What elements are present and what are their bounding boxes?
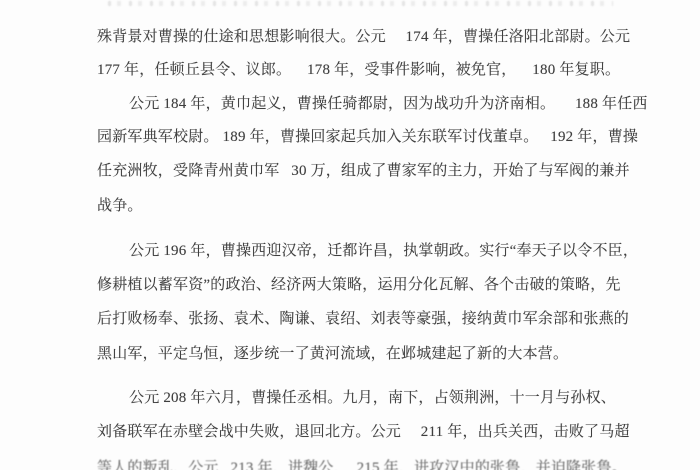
text-line: 公元 184 年，黄巾起义，曹操任骑都尉，因为战功升为济南相。 188 年任西 [129,94,622,114]
text-line: 公元 196 年，曹操西迎汉帝，迁都许昌，执掌朝政。实行“奉天子以令不臣， [129,241,622,261]
text-line: 公元 208 年六月，曹操任丞相。九月，南下，占领荆洲，十一月与孙权、 [129,388,622,408]
cropped-text-line-top [108,1,613,6]
text-line: 任充洲牧，受降青州黄巾军 30 万，组成了曹家军的主力，开始了与军阀的兼并 [97,161,622,181]
text-line: 修耕植以蓄军资”的政治、经济两大策略，运用分化瓦解、各个击破的策略，先 [97,275,622,295]
text-line: 园新军典军校尉。 189 年，曹操回家起兵加入关东联军讨伐董卓。 192 年，曹… [97,127,622,147]
text-line: 刘备联军在赤壁会战中失败，退回北方。公元 211 年，出兵关西，击败了马超 [97,422,622,442]
text-line-cropped-bottom: 等人的叛乱，公元 213 年，进魏公， 215 年，进攻汉中的张鲁，并迫降张鲁。 [97,458,622,470]
text-line: 殊背景对曹操的仕途和思想影响很大。公元 174 年，曹操任洛阳北部尉。公元 [97,27,622,47]
text-line: 177 年，任顿丘县令、议郎。 178 年，受事件影响，被免官， 180 年复职… [97,60,622,80]
text-line: 黑山军，平定乌恒，逐步统一了黄河流域，在邺城建起了新的大本营。 [97,344,622,364]
scanned-document-page: 殊背景对曹操的仕途和思想影响很大。公元 174 年，曹操任洛阳北部尉。公元 17… [0,0,700,470]
text-line: 后打败杨奉、张扬、袁术、陶谦、袁绍、刘表等豪强，接纳黄巾军余部和张燕的 [97,309,622,329]
text-line: 战争。 [97,196,622,216]
